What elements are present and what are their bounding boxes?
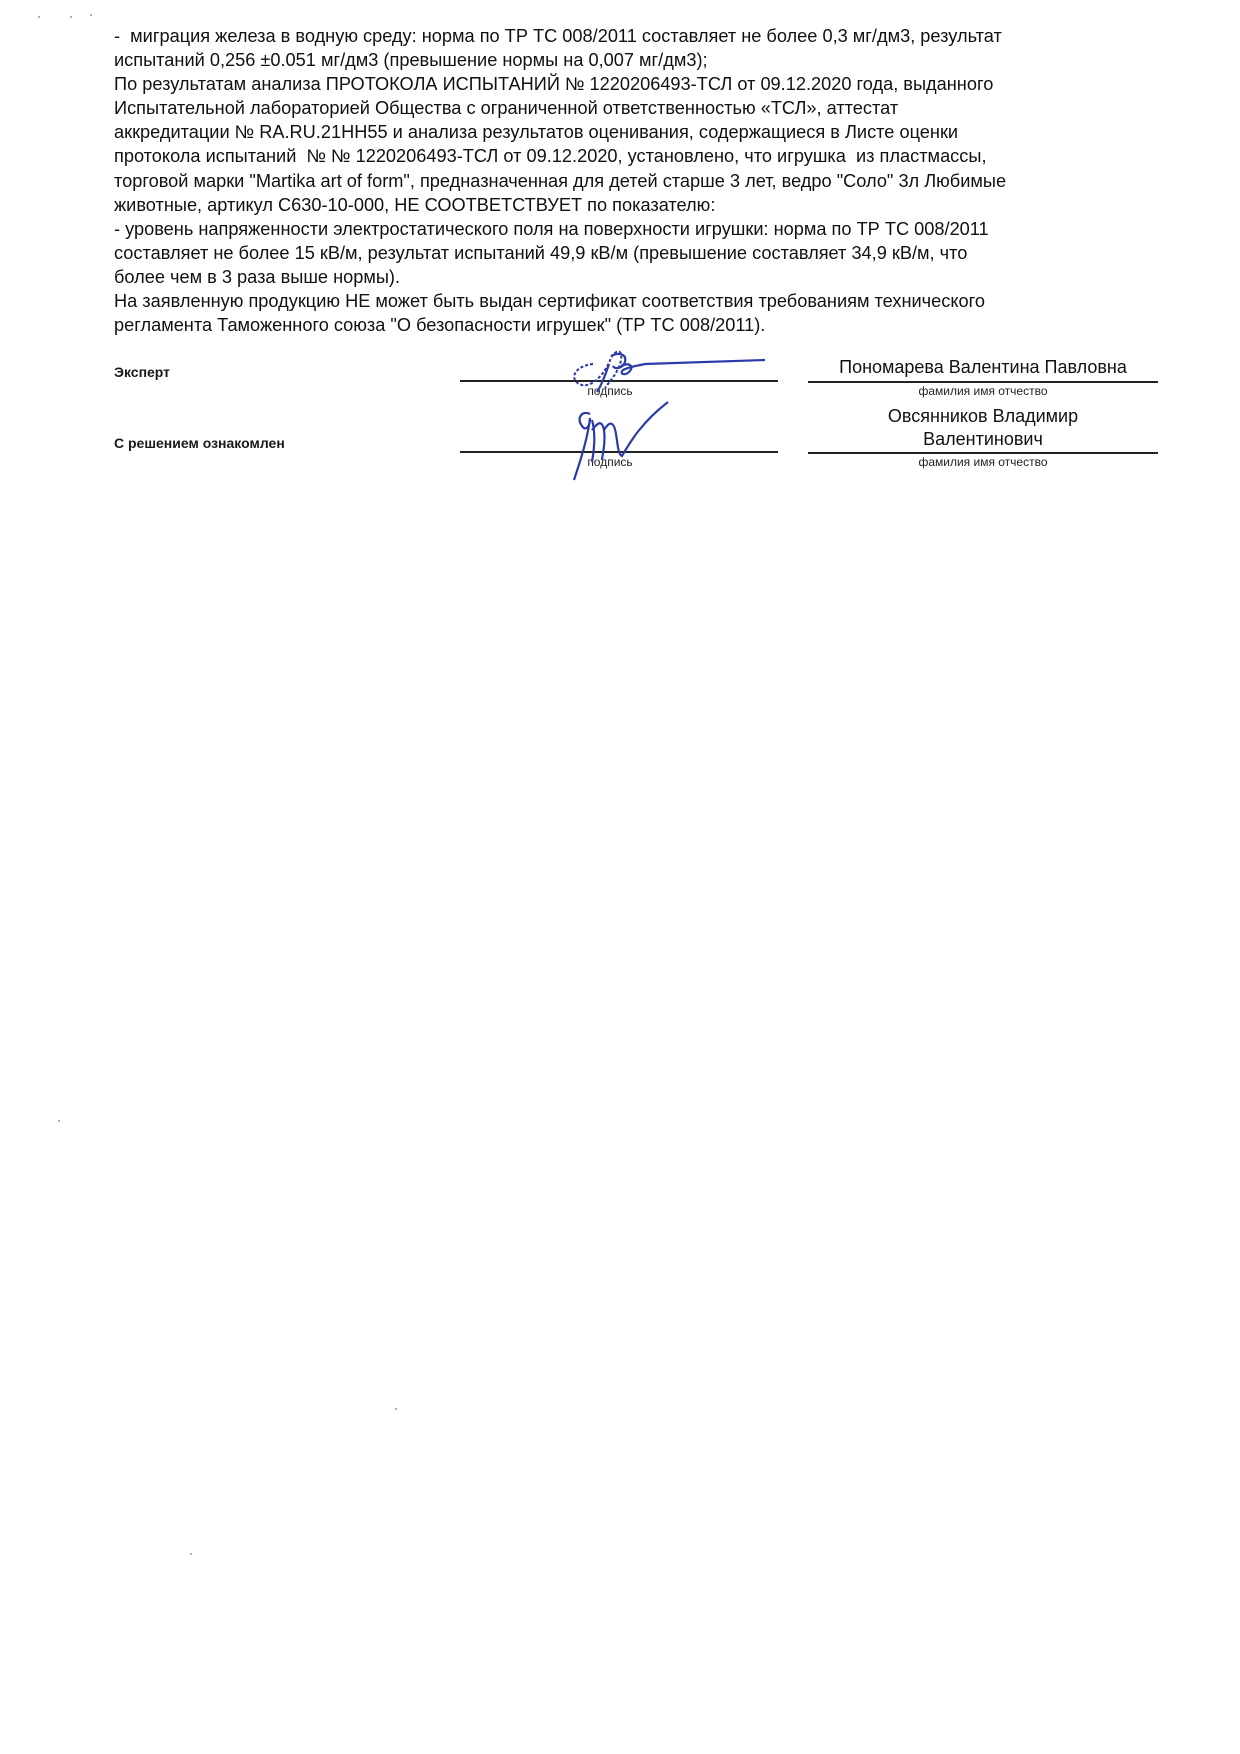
scan-speck [58,1120,60,1122]
paragraph-line: - уровень напряженности электростатическ… [114,217,1144,241]
scan-speck [70,16,72,18]
paragraph-line: На заявленную продукцию НЕ может быть вы… [114,289,1144,313]
handwritten-signature-icon [568,400,678,484]
role-label: С решением ознакомлен [114,435,285,451]
paragraph-line: - миграция железа в водную среду: норма … [114,24,1144,48]
document-page: - миграция железа в водную среду: норма … [0,0,1240,1754]
paragraph-line: более чем в 3 раза выше нормы). [114,265,1144,289]
scan-speck [38,16,40,18]
paragraph-line: торговой марки "Martika art of form", пр… [114,169,1144,193]
paragraph-line: Испытательной лабораторией Общества с ог… [114,96,1144,120]
paragraph-line: По результатам анализа ПРОТОКОЛА ИСПЫТАН… [114,72,1144,96]
handwritten-signature-icon [565,344,785,396]
paragraph-line: протокола испытаний № № 1220206493-ТСЛ о… [114,144,1144,168]
name-line [808,381,1158,383]
full-name: Пономарева Валентина Павловна [808,356,1158,378]
paragraph-line: животные, артикул С630-10-000, НЕ СООТВЕ… [114,193,1144,217]
full-name-line2: Валентинович [808,428,1158,450]
name-caption: фамилия имя отчество [808,455,1158,469]
name-caption: фамилия имя отчество [808,384,1158,398]
paragraph-line: составляет не более 15 кВ/м, результат и… [114,241,1144,265]
full-name-line1: Овсянников Владимир [808,405,1158,427]
name-line [808,452,1158,454]
paragraph-line: испытаний 0,256 ±0.051 мг/дм3 (превышени… [114,48,1144,72]
role-label: Эксперт [114,364,170,380]
paragraph-line: регламента Таможенного союза "О безопасн… [114,313,1144,337]
scan-speck [90,14,92,16]
document-body: - миграция железа в водную среду: норма … [114,24,1144,337]
scan-speck [190,1553,192,1555]
scan-speck [395,1408,397,1410]
paragraph-line: аккредитации № RA.RU.21НН55 и анализа ре… [114,120,1144,144]
